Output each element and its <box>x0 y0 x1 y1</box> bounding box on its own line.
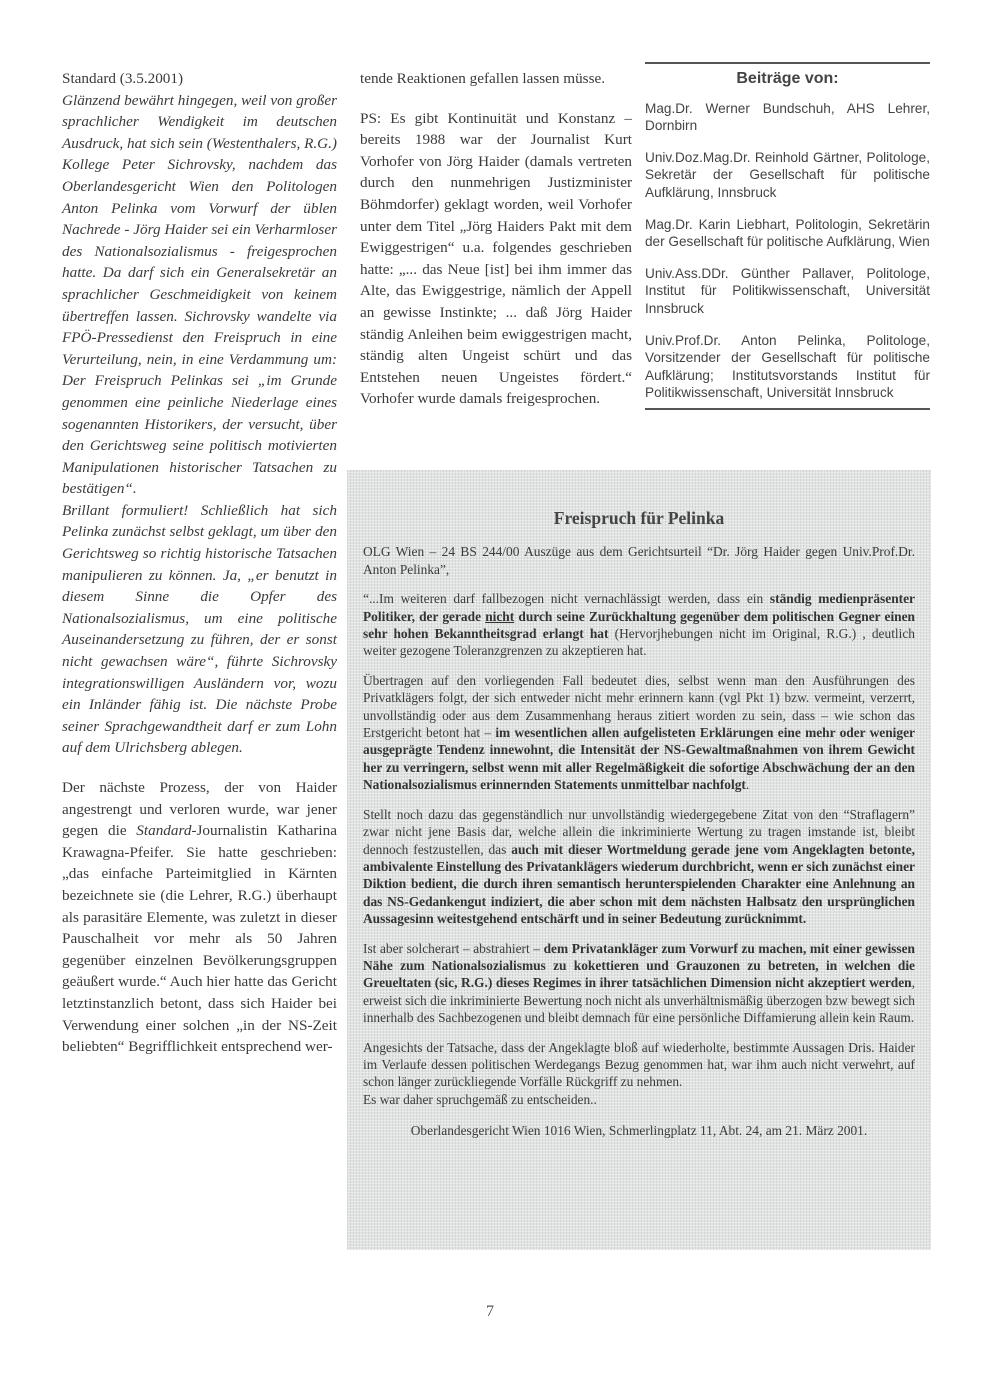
court-ruling-box: Freispruch für Pelinka OLG Wien – 24 BS … <box>347 470 931 1250</box>
ruling-paragraph-2: Übertragen auf den vorliegenden Fall bed… <box>363 672 915 794</box>
middle-column: tende Reaktionen gefallen lassen müsse. … <box>360 68 632 410</box>
quote-paragraph-1: Glänzend bewährt hingegen, weil von groß… <box>62 90 337 500</box>
body-paragraph: Der nächste Prozess, der von Haider ange… <box>62 777 337 1058</box>
ruling-paragraph-5: Angesichts der Tatsache, dass der Angekl… <box>363 1039 915 1091</box>
contributor-item: Mag.Dr. Karin Liebhart, Politologin, Sek… <box>645 216 930 251</box>
ps-paragraph: PS: Es gibt Kontinuität und Konstanz – b… <box>360 108 632 410</box>
box-title: Freispruch für Pelinka <box>363 510 915 527</box>
contributors-panel: Beiträge von: Mag.Dr. Werner Bundschuh, … <box>645 62 930 410</box>
page-number: 7 <box>486 1303 494 1321</box>
ruling-paragraph-3: Stellt noch dazu das gegenständlich nur … <box>363 806 915 928</box>
divider-bottom <box>645 408 930 410</box>
contributor-item: Mag.Dr. Werner Bundschuh, AHS Lehrer, Do… <box>645 100 930 135</box>
contributor-item: Univ.Ass.DDr. Günther Pallaver, Politolo… <box>645 265 930 318</box>
ruling-conclusion: Es war daher spruchgemäß zu entscheiden.… <box>363 1091 915 1108</box>
left-column: Standard (3.5.2001) Glänzend bewährt hin… <box>62 68 337 1058</box>
publication-name: Standard <box>136 822 191 839</box>
quote-paragraph-2: Brillant formuliert! Schließlich hat sic… <box>62 500 337 759</box>
ruling-paragraph-1: “...Im weiteren darf fallbezogen nicht v… <box>363 590 915 660</box>
box-intro: OLG Wien – 24 BS 244/00 Auszüge aus dem … <box>363 543 915 578</box>
continuation-paragraph: tende Reaktionen gefallen lassen müsse. <box>360 68 632 90</box>
court-signature: Oberlandesgericht Wien 1016 Wien, Schmer… <box>363 1122 915 1139</box>
contributor-item: Univ.Doz.Mag.Dr. Reinhold Gärtner, Polit… <box>645 149 930 202</box>
divider-top <box>645 62 930 64</box>
contributor-item: Univ.Prof.Dr. Anton Pelinka, Politologe,… <box>645 332 930 402</box>
source-citation: Standard (3.5.2001) <box>62 68 337 90</box>
ruling-paragraph-4: Ist aber solcherart – abstrahiert – dem … <box>363 940 915 1027</box>
contributors-heading: Beiträge von: <box>645 70 930 88</box>
